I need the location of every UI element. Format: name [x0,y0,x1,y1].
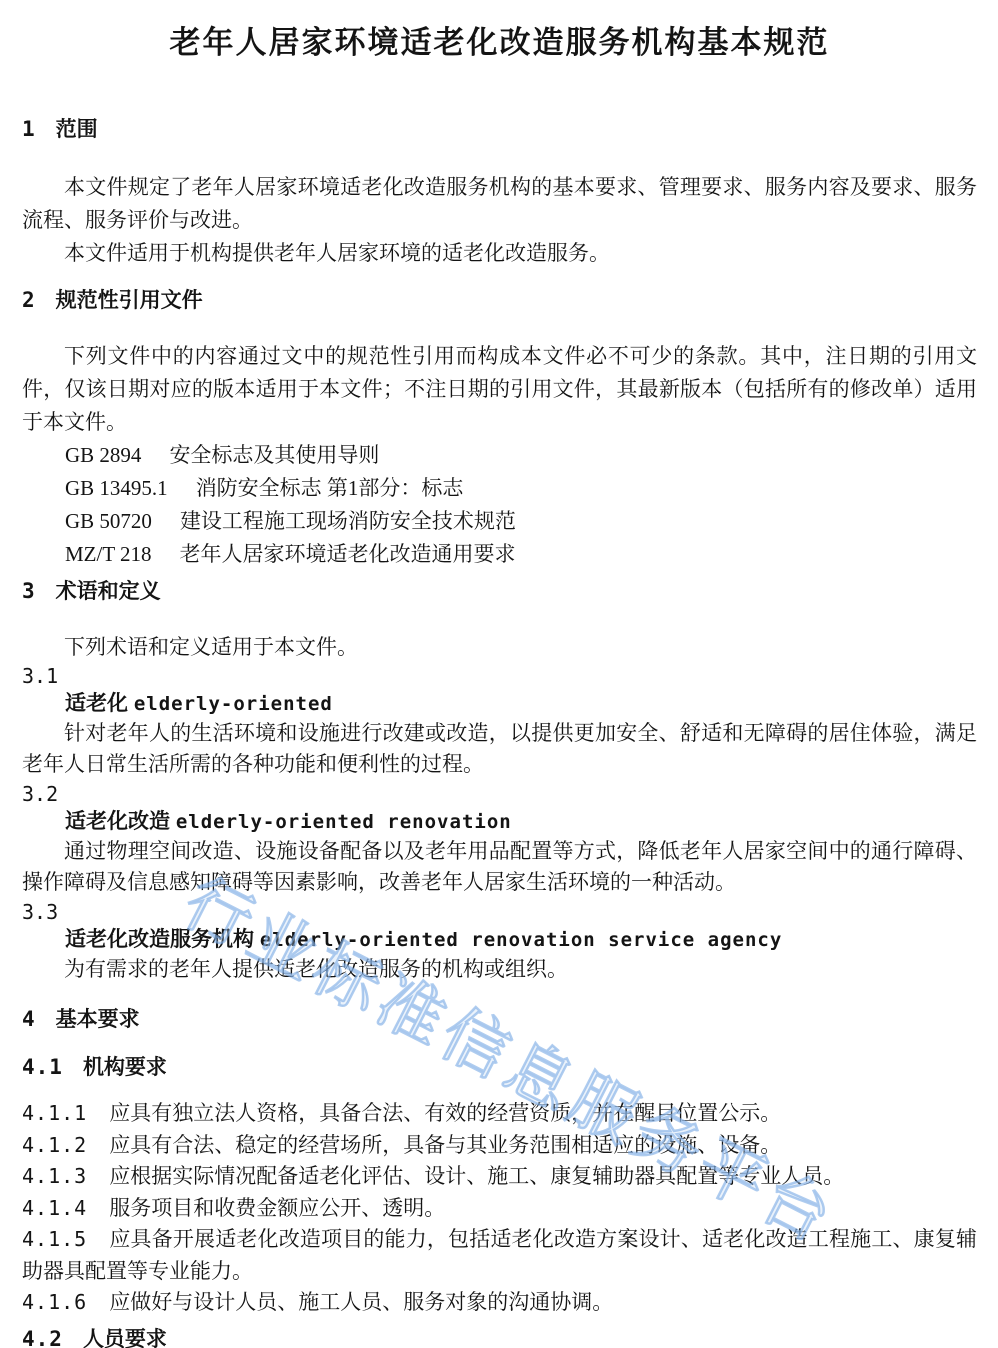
term-name-zh: 适老化改造 [65,810,170,833]
clause: 4.1.6应做好与设计人员、施工人员、服务对象的沟通协调。 [22,1287,977,1319]
reference-name: 建设工程施工现场消防安全技术规范 [180,509,516,533]
clause-text: 应具有合法、稳定的经营场所，具备与其业务范围相适应的设施、设备。 [109,1133,781,1157]
term-entry: 3.3 适老化改造服务机构 elderly-oriented renovatio… [22,898,977,985]
clause-list: 4.1.1应具有独立法人资格，具备合法、有效的经营资质，并在醒目位置公示。 4.… [22,1098,977,1319]
clause-text: 应具有独立法人资格，具备合法、有效的经营资质，并在醒目位置公示。 [109,1101,781,1125]
section-number: 4 [22,1007,36,1031]
terms-intro-paragraph: 下列术语和定义适用于本文件。 [22,633,977,662]
term-number: 3.1 [22,662,977,690]
reference-id: MZ/T 218 [65,542,152,566]
term-name: 适老化改造 elderly-oriented renovation [22,808,977,836]
reference-item: GB 13495.1消防安全标志 第1部分：标志 [22,472,977,505]
clause-number: 4.1.1 [22,1101,87,1125]
clause: 4.1.1应具有独立法人资格，具备合法、有效的经营资质，并在醒目位置公示。 [22,1098,977,1130]
subsection-title: 机构要求 [83,1056,167,1079]
reference-name: 安全标志及其使用导则 [169,443,379,467]
section-heading-basic-requirements: 4基本要求 [22,1006,977,1033]
scope-paragraph-2: 本文件适用于机构提供老年人居家环境的适老化改造服务。 [22,237,977,270]
term-name-zh: 适老化改造服务机构 [65,928,254,951]
scope-paragraph-1: 本文件规定了老年人居家环境适老化改造服务机构的基本要求、管理要求、服务内容及要求… [22,171,977,237]
section-title: 规范性引用文件 [56,289,203,312]
term-number: 3.3 [22,898,977,926]
subsection-title: 人员要求 [83,1328,167,1348]
clause: 4.1.5应具备开展适老化改造项目的能力，包括适老化改造方案设计、适老化改造工程… [22,1224,977,1287]
clause: 4.1.4服务项目和收费金额应公开、透明。 [22,1193,977,1225]
section-number: 2 [22,288,36,312]
term-name-en: elderly-oriented renovation [176,811,512,833]
section-number: 1 [22,117,36,141]
reference-id: GB 50720 [65,509,152,533]
section-number: 3 [22,579,36,603]
clause-number: 4.1.3 [22,1164,87,1188]
clause-text: 应根据实际情况配备适老化评估、设计、施工、康复辅助器具配置等专业人员。 [109,1164,844,1188]
clause-number: 4.1.6 [22,1290,87,1314]
subsection-heading-agency-requirements: 4.1机构要求 [22,1054,977,1081]
clause: 4.1.2应具有合法、稳定的经营场所，具备与其业务范围相适应的设施、设备。 [22,1130,977,1162]
document-content: 老年人居家环境适老化改造服务机构基本规范 1范围 本文件规定了老年人居家环境适老… [0,0,998,1348]
reference-item: GB 50720建设工程施工现场消防安全技术规范 [22,505,977,538]
term-entry: 3.2 适老化改造 elderly-oriented renovation 通过… [22,780,977,898]
clause-number: 4.1.4 [22,1196,87,1220]
clause-text: 服务项目和收费金额应公开、透明。 [109,1196,445,1220]
section-title: 基本要求 [56,1008,140,1031]
clause: 4.1.3应根据实际情况配备适老化评估、设计、施工、康复辅助器具配置等专业人员。 [22,1161,977,1193]
term-name: 适老化 elderly-oriented [22,690,977,718]
term-name-zh: 适老化 [65,692,128,715]
reference-id: GB 13495.1 [65,476,168,500]
term-name: 适老化改造服务机构 elderly-oriented renovation se… [22,926,977,954]
clause-number: 4.1.2 [22,1133,87,1157]
section-title: 术语和定义 [56,580,161,603]
term-name-en: elderly-oriented [134,693,333,715]
reference-item: MZ/T 218老年人居家环境适老化改造通用要求 [22,538,977,571]
term-definition: 针对老年人的生活环境和设施进行改建或改造，以提供更加安全、舒适和无障碍的居住体验… [22,718,977,780]
document-page: 行业标准信息服务平台 老年人居家环境适老化改造服务机构基本规范 1范围 本文件规… [0,0,998,1348]
reference-name: 消防安全标志 第1部分：标志 [196,476,464,500]
term-entry: 3.1 适老化 elderly-oriented 针对老年人的生活环境和设施进行… [22,662,977,780]
term-name-en: elderly-oriented renovation service agen… [260,929,782,951]
reference-id: GB 2894 [65,443,141,467]
section-heading-normative-references: 2规范性引用文件 [22,287,977,314]
term-definition: 通过物理空间改造、设施设备配备以及老年用品配置等方式，降低老年人居家空间中的通行… [22,836,977,898]
clause-text: 应做好与设计人员、施工人员、服务对象的沟通协调。 [109,1290,613,1314]
term-definition: 为有需求的老年人提供适老化改造服务的机构或组织。 [22,954,977,985]
subsection-heading-personnel-requirements: 4.2人员要求 [22,1326,977,1348]
references-intro-paragraph: 下列文件中的内容通过文中的规范性引用而构成本文件必不可少的条款。其中，注日期的引… [22,340,977,439]
clause-number: 4.1.5 [22,1227,87,1251]
reference-name: 老年人居家环境适老化改造通用要求 [180,542,516,566]
section-heading-scope: 1范围 [22,116,977,143]
term-number: 3.2 [22,780,977,808]
subsection-number: 4.1 [22,1055,63,1079]
document-title: 老年人居家环境适老化改造服务机构基本规范 [22,0,977,64]
section-heading-terms: 3术语和定义 [22,578,977,605]
reference-item: GB 2894安全标志及其使用导则 [22,439,977,472]
clause-text: 应具备开展适老化改造项目的能力，包括适老化改造方案设计、适老化改造工程施工、康复… [22,1227,977,1283]
section-title: 范围 [56,118,98,141]
reference-list: GB 2894安全标志及其使用导则 GB 13495.1消防安全标志 第1部分：… [22,439,977,571]
subsection-number: 4.2 [22,1327,63,1348]
